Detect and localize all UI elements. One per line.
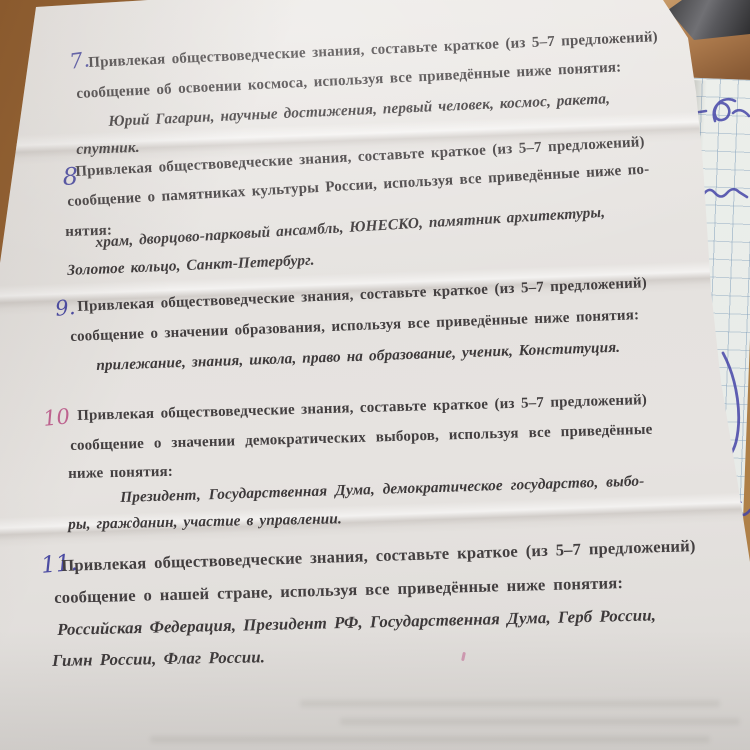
task-terms-line: Российская Федерация, Президент РФ, Госу… [57, 605, 656, 640]
task-statement-line: сообщение о значении демократических выб… [70, 422, 653, 455]
task-terms-line: храм, дворцово-парковый ансамбль, ЮНЕСКО… [95, 204, 606, 252]
task-statement-line: Привлекая обществоведческие знания, сост… [77, 392, 647, 425]
task-number-handwritten: 9. [54, 295, 76, 321]
worksheet-paper: 7. Привлекая обществоведческие знания, с… [0, 0, 750, 750]
show-through-text [300, 700, 720, 707]
task-statement-line: ниже понятия: [68, 464, 173, 483]
task-statement-line: сообщение о нашей стране, используя все … [54, 573, 623, 608]
stray-ink-tick [461, 652, 466, 661]
task-terms-line: Гимн России, Флаг России. [52, 647, 265, 671]
task-terms-line: спутник. [76, 139, 140, 159]
show-through-text [340, 718, 740, 725]
task-terms-line: прилежание, знания, школа, право на обра… [96, 339, 620, 375]
wave-scribble [703, 189, 747, 197]
show-through-text [150, 736, 710, 743]
task-number-handwritten: 10 [42, 404, 71, 431]
photographed-worksheet: 7. Привлекая обществоведческие знания, с… [0, 0, 750, 750]
